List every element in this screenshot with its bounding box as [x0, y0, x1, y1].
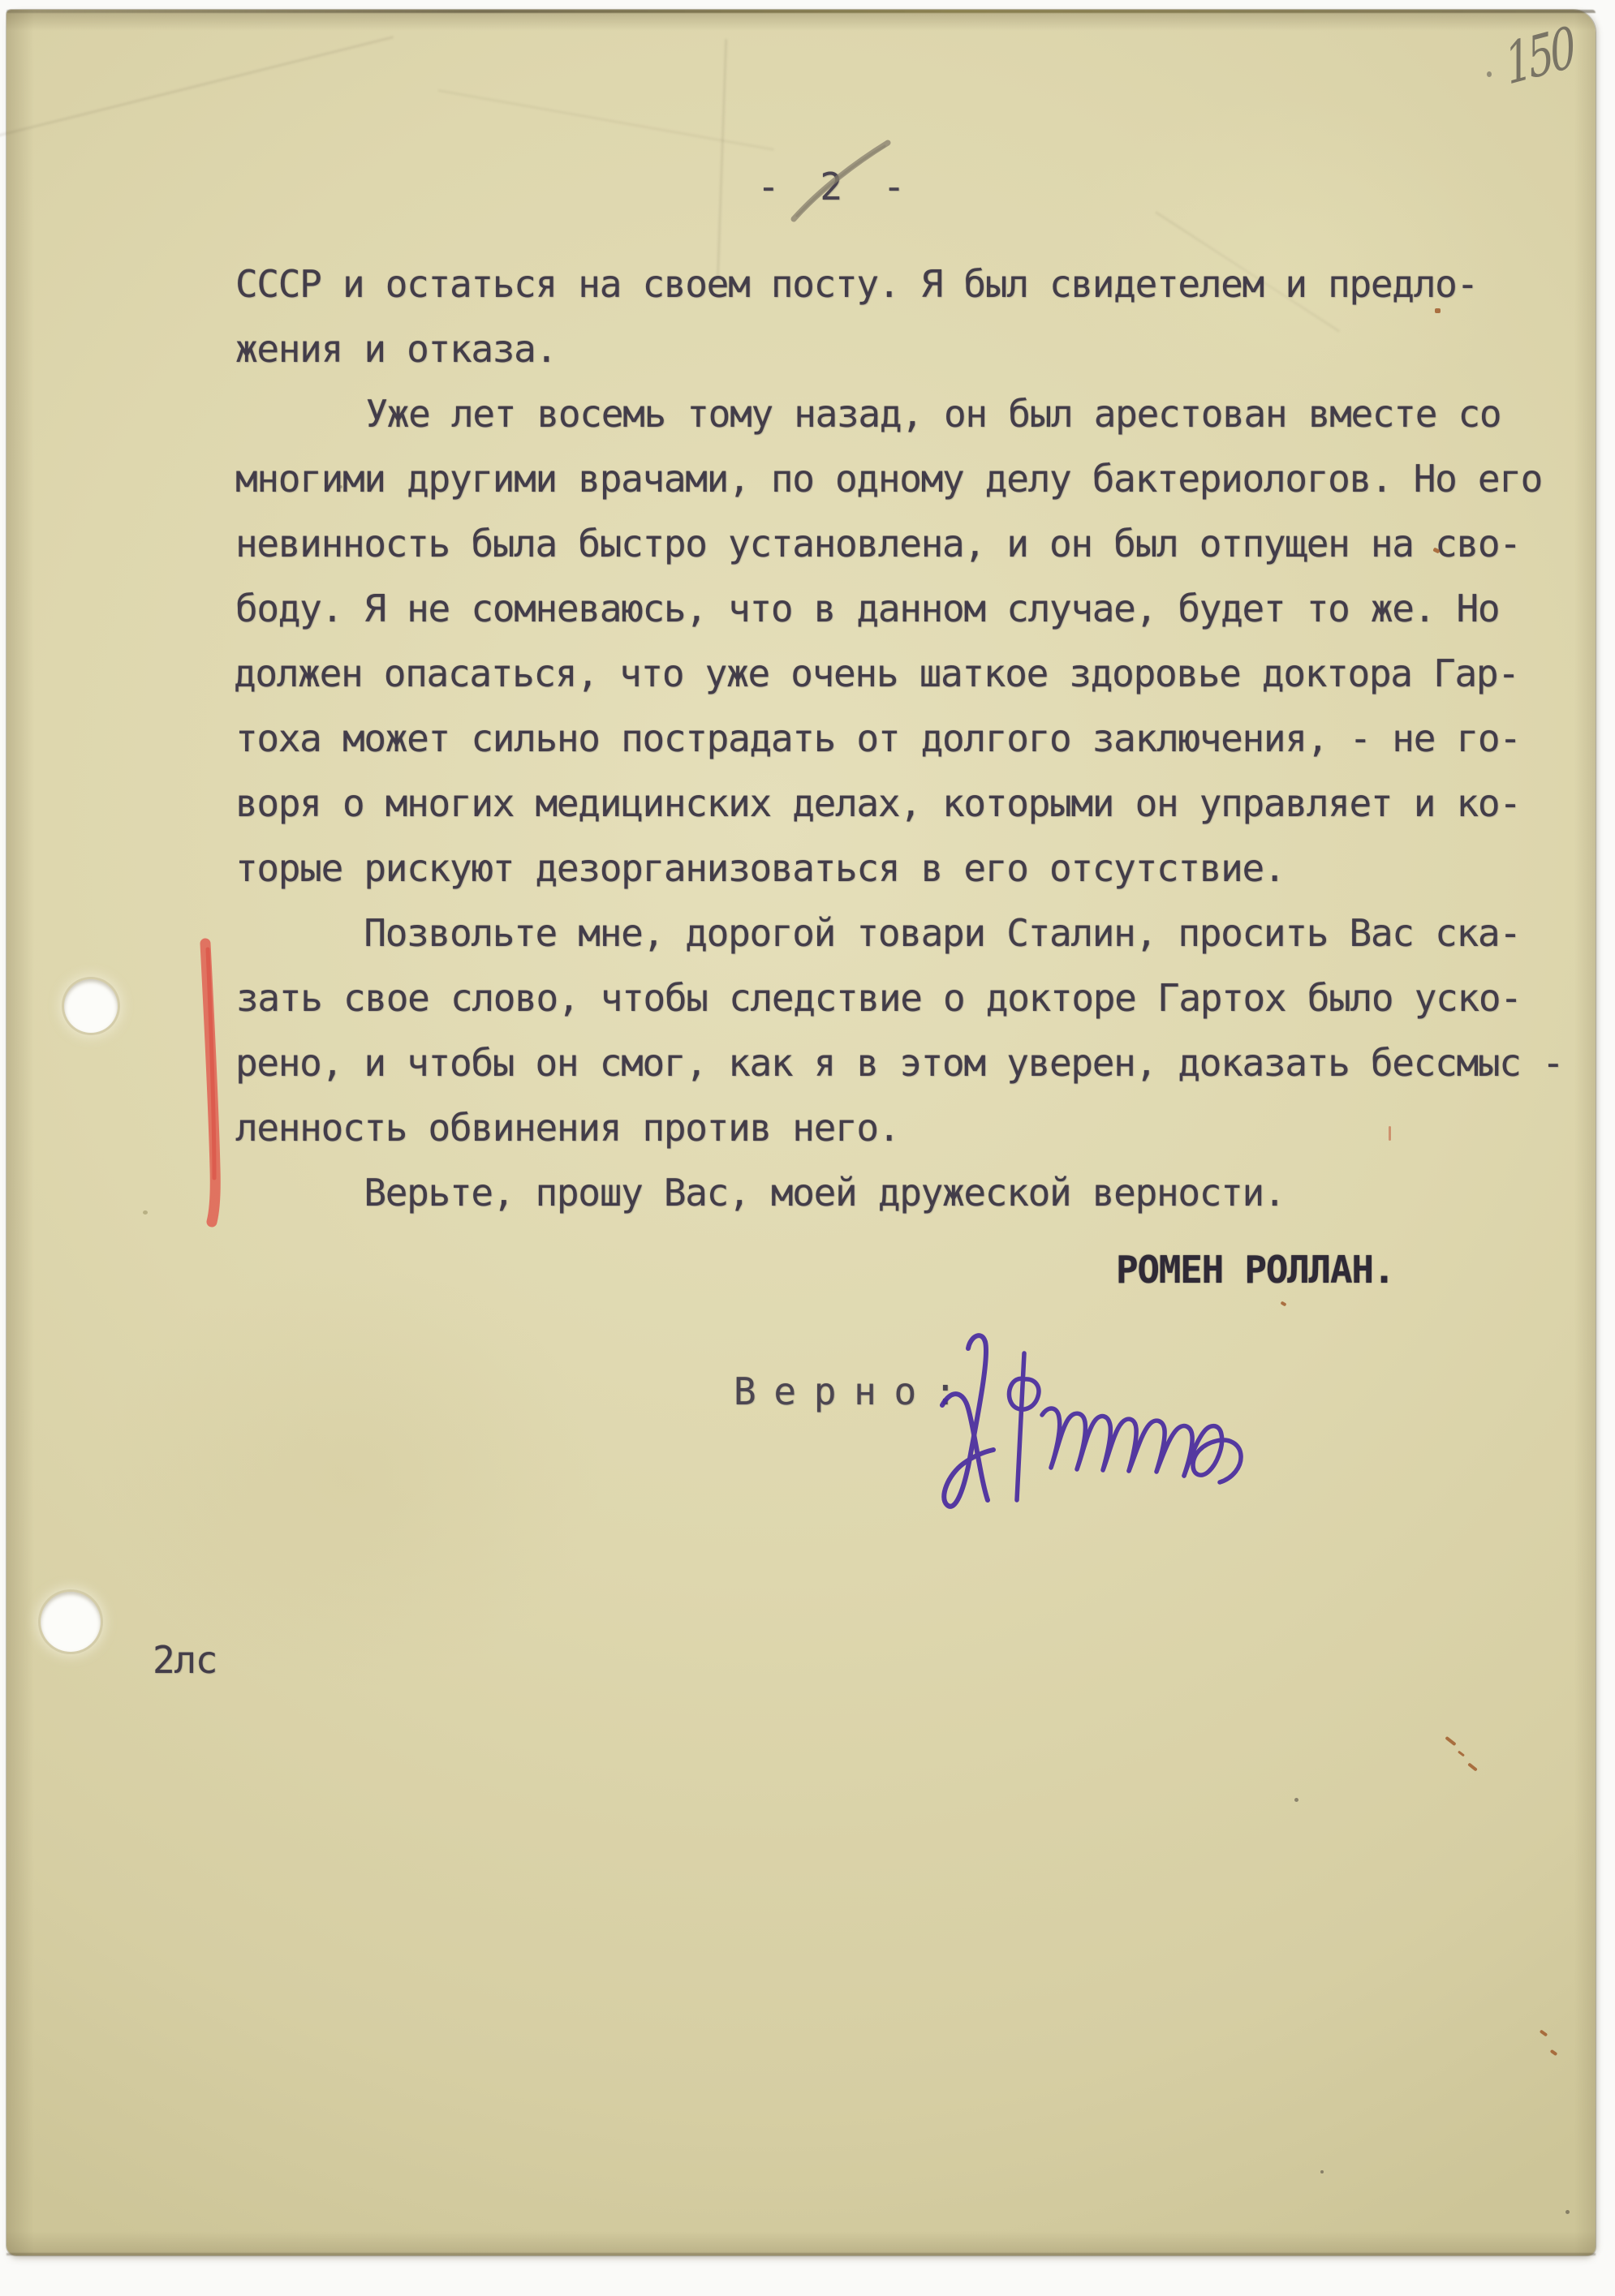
paper-speck: [1320, 2170, 1324, 2173]
paper-speck: [1294, 1798, 1298, 1802]
punch-hole-top: [64, 979, 118, 1033]
typed-line: должен опасаться, что уже очень шаткое з…: [234, 641, 1561, 706]
typed-body-text: СССР и остаться на своем посту. Я был св…: [235, 252, 1563, 1225]
typed-line: боду. Я не сомневаюсь, что в данном случ…: [235, 576, 1563, 641]
certification-label: В е р н о :: [734, 1359, 954, 1424]
typed-line: Позвольте мне, дорогой товари Сталин, пр…: [235, 901, 1563, 965]
typed-line: Верьте, прошу Вас, моей дружеской вернос…: [235, 1160, 1563, 1225]
paper-speck: [1565, 2210, 1570, 2214]
typed-line: торые рискуют дезорганизоваться в его от…: [235, 836, 1563, 901]
pencil-dot: [1487, 71, 1492, 77]
typed-line: воря о многих медицинских делах, которым…: [235, 771, 1563, 836]
typed-line: Уже лет восемь тому назад, он был аресто…: [237, 381, 1565, 446]
rust-stain: [1435, 308, 1441, 313]
typed-line: зать свое слово, чтобы следствие о докто…: [236, 965, 1564, 1030]
typed-line: жения и отказа.: [235, 316, 1563, 381]
paper-speck: [339, 485, 342, 488]
paper-speck: [143, 1210, 148, 1215]
sheet-count-note: 2лс: [153, 1627, 217, 1692]
punch-hole-bottom: [41, 1592, 101, 1652]
typed-line: ленность обвинения против него.: [235, 1095, 1563, 1160]
page-number-header: - 2 -: [757, 154, 914, 219]
document-scan: 150 - 2 - СССР и остаться на своем посту…: [0, 0, 1615, 2296]
typed-line: рено, и чтобы он смог, как я в этом увер…: [235, 1030, 1563, 1095]
typed-line: невинность была быстро установлена, и он…: [235, 511, 1563, 576]
typed-line: тоха может сильно пострадать от долгого …: [235, 706, 1563, 771]
typed-line: многими другими врачами, по одному делу …: [235, 446, 1563, 511]
typed-signature: РОМЕН РОЛЛАН.: [1116, 1237, 1394, 1302]
rust-stain: [1389, 1126, 1391, 1141]
typed-line: СССР и остаться на своем посту. Я был св…: [235, 252, 1563, 316]
